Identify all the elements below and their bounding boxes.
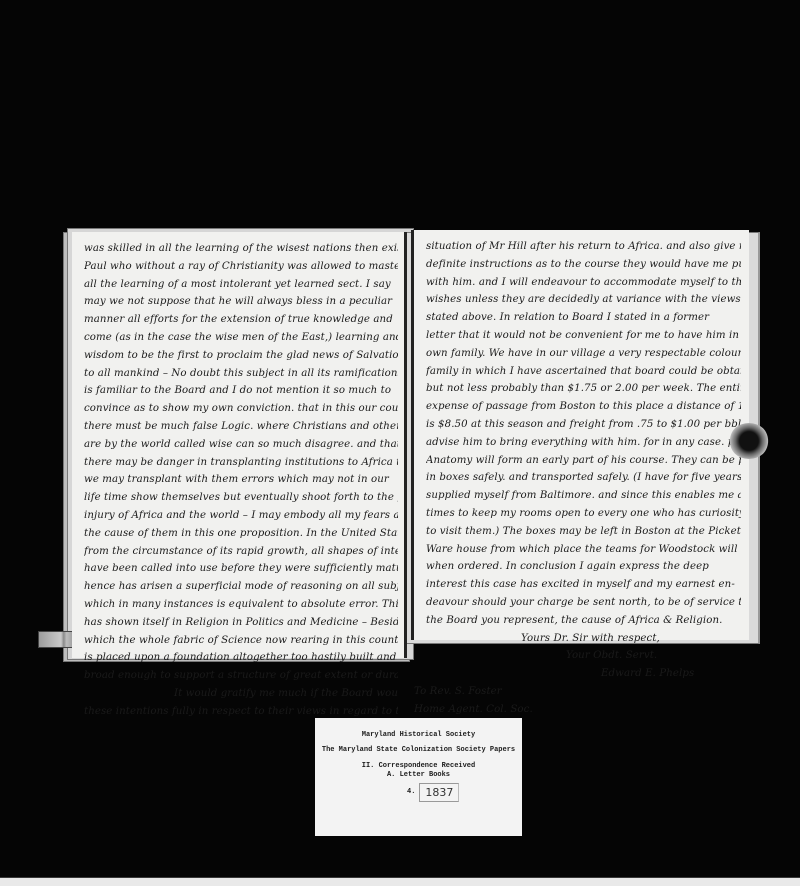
manuscript-line: we may transplant with them errors which…: [84, 471, 398, 489]
manuscript-line: definite instructions as to the course t…: [426, 256, 741, 274]
manuscript-line: have been called into use before they we…: [84, 560, 398, 578]
label-subseries: A. Letter Books: [315, 771, 522, 779]
manuscript-line: hence has arisen a superficial mode of r…: [84, 578, 398, 596]
letter-address: Home Agent. Col. Soc.: [414, 701, 741, 719]
manuscript-line: which in many instances is equivalent to…: [84, 596, 398, 614]
manuscript-line: interest this case has excited in myself…: [426, 576, 741, 594]
label-collection: The Maryland State Colonization Society …: [315, 746, 522, 754]
manuscript-line: may we not suppose that he will always b…: [84, 293, 398, 311]
manuscript-line: has shown itself in Religion in Politics…: [84, 614, 398, 632]
manuscript-line: which the whole fabric of Science now re…: [84, 632, 398, 650]
manuscript-line: broad enough to support a structure of g…: [84, 667, 398, 685]
letter-signature: Edward E. Phelps: [426, 665, 741, 683]
manuscript-line: Anatomy will form an early part of his c…: [426, 452, 741, 470]
label-volume-row: 4. 1837: [407, 782, 459, 802]
manuscript-line: in boxes safely. and transported safely.…: [426, 469, 741, 487]
manuscript-line: letter that it would not be convenient f…: [426, 327, 741, 345]
letter-closing: Your Obdt. Servt.: [426, 647, 741, 665]
ink-blot: [729, 423, 769, 459]
manuscript-line: Paul who without a ray of Christianity w…: [84, 258, 398, 276]
right-manuscript-page: situation of Mr Hill after his return to…: [411, 230, 749, 640]
manuscript-line: come (as in the case the wise men of the…: [84, 329, 398, 347]
left-manuscript-page: was skilled in all the learning of the w…: [72, 232, 407, 658]
label-volume: 4.: [407, 788, 415, 796]
manuscript-line: It would gratify me much if the Board wo…: [84, 685, 398, 703]
manuscript-line: when ordered. In conclusion I again expr…: [426, 558, 741, 576]
manuscript-line: life time show themselves but eventually…: [84, 489, 398, 507]
manuscript-line: the Board you represent, the cause of Af…: [426, 612, 741, 630]
manuscript-line: situation of Mr Hill after his return to…: [426, 238, 741, 256]
manuscript-line: there may be danger in transplanting ins…: [84, 454, 398, 472]
manuscript-line: wishes unless they are decidedly at vari…: [426, 291, 741, 309]
manuscript-line: manner all efforts for the extension of …: [84, 311, 398, 329]
manuscript-line: family in which I have ascertained that …: [426, 363, 741, 381]
manuscript-line: advise him to bring everything with him.…: [426, 434, 741, 452]
manuscript-line: is placed upon a foundation altogether t…: [84, 649, 398, 667]
manuscript-line: with him. and I will endeavour to accomm…: [426, 274, 741, 292]
manuscript-line: wisdom to be the first to proclaim the g…: [84, 347, 398, 365]
manuscript-line: all the learning of a most intolerant ye…: [84, 276, 398, 294]
manuscript-line: the cause of them in this one propositio…: [84, 525, 398, 543]
manuscript-line: times to keep my rooms open to every one…: [426, 505, 741, 523]
manuscript-line: is familiar to the Board and I do not me…: [84, 382, 398, 400]
manuscript-line: from the circumstance of its rapid growt…: [84, 543, 398, 561]
manuscript-line: was skilled in all the learning of the w…: [84, 240, 398, 258]
manuscript-line: deavour should your charge be sent north…: [426, 594, 741, 612]
label-series: II. Correspondence Received: [315, 762, 522, 770]
manuscript-line: but not less probably than $1.75 or 2.00…: [426, 380, 741, 398]
label-year: 1837: [419, 783, 459, 802]
manuscript-line: convince as to show my own conviction. t…: [84, 400, 398, 418]
letter-closing: Yours Dr. Sir with respect,: [426, 630, 741, 648]
manuscript-line: is $8.50 at this season and freight from…: [426, 416, 741, 434]
manuscript-line: expense of passage from Boston to this p…: [426, 398, 741, 416]
manuscript-line: supplied myself from Baltimore. and sinc…: [426, 487, 741, 505]
archive-label-card: Maryland Historical Society The Maryland…: [315, 718, 522, 836]
manuscript-line: injury of Africa and the world – I may e…: [84, 507, 398, 525]
manuscript-line: there must be much false Logic. where Ch…: [84, 418, 398, 436]
manuscript-line: stated above. In relation to Board I sta…: [426, 309, 741, 327]
manuscript-line: to visit them.) The boxes may be left in…: [426, 523, 741, 541]
manuscript-line: are by the world called wise can so much…: [84, 436, 398, 454]
manuscript-line: to all mankind – No doubt this subject i…: [84, 365, 398, 383]
manuscript-line: own family. We have in our village a ver…: [426, 345, 741, 363]
label-institution: Maryland Historical Society: [315, 731, 522, 739]
manuscript-line: Ware house from which place the teams fo…: [426, 541, 741, 559]
film-edge-strip: [0, 877, 800, 886]
letter-address: To Rev. S. Foster: [414, 683, 741, 701]
